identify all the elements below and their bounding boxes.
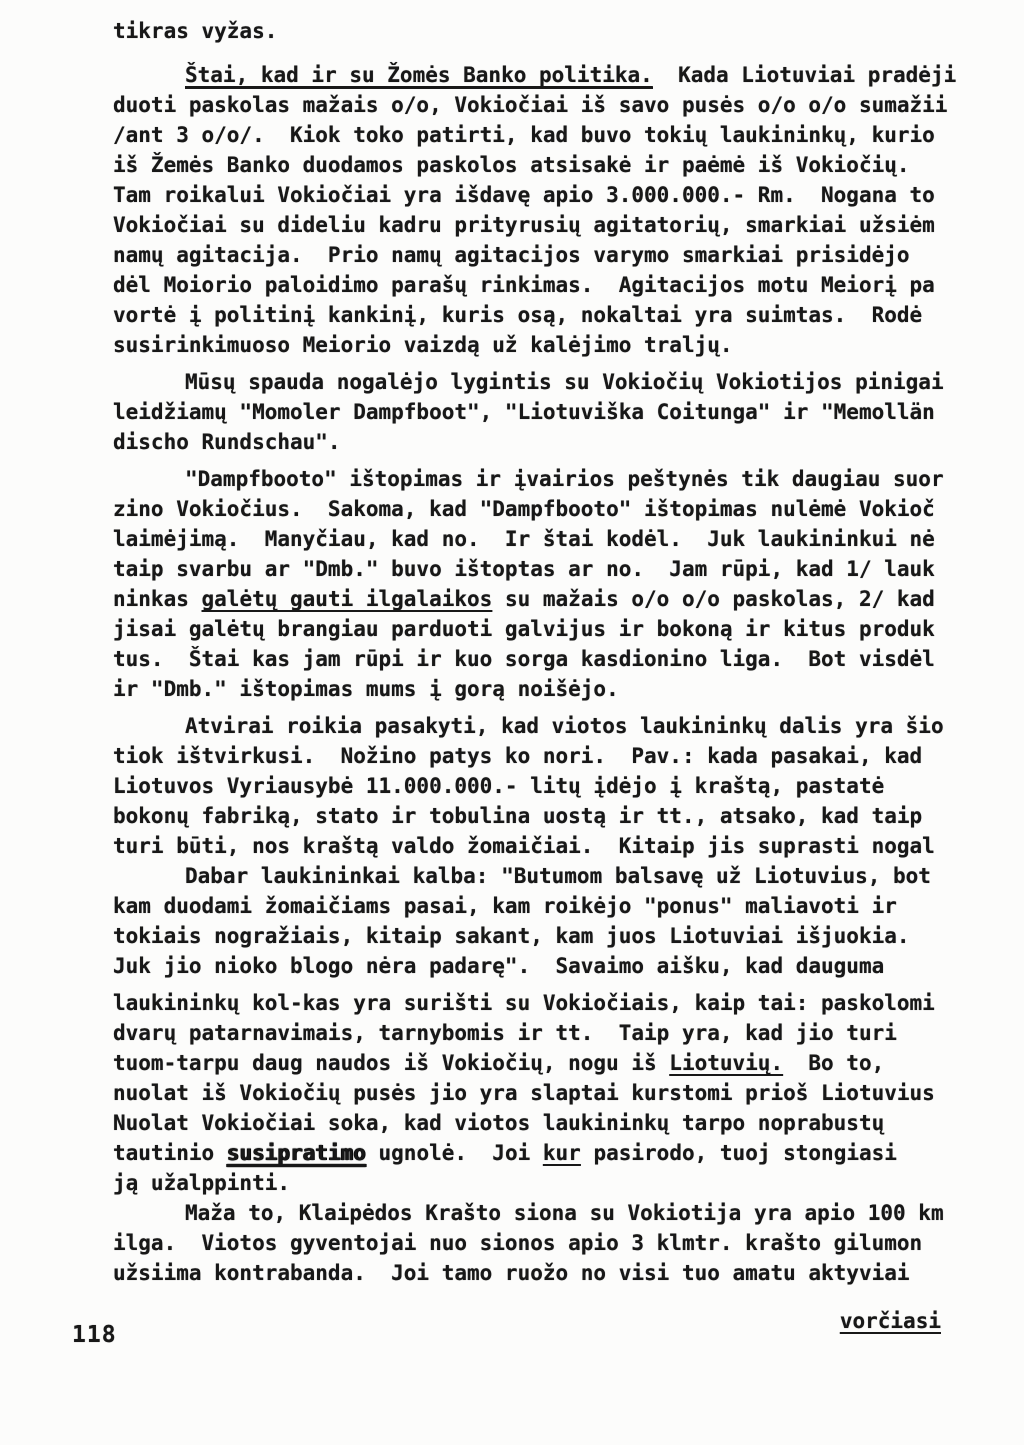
text-fragment: tautinio <box>113 1141 227 1165</box>
text-fragment: užsiima kontrabanda. Joi tamo ruožo no v… <box>113 1261 910 1285</box>
text-fragment: su mažais o/o o/o paskolas, 2/ kad <box>492 587 935 611</box>
text-line: Liotuvos Vyriausybė 11.000.000.- litų įd… <box>113 771 953 801</box>
text-fragment: dėl Moiorio paloidimo parašų rinkimas. A… <box>113 273 935 297</box>
text-fragment: susirinkimuoso Meiorio vaizdą už kalėjim… <box>113 333 733 357</box>
text-fragment: Atvirai roikia pasakyti, kad viotos lauk… <box>185 714 944 738</box>
text-fragment: kam duodami žomaičiams pasai, kam roikėj… <box>113 894 897 918</box>
text-line: bokonų fabriką, stato ir tobulina uostą … <box>113 801 953 831</box>
text-line: duoti paskolas mažais o/o, Vokiočiai iš … <box>113 90 953 120</box>
text-line: tiok ištvirkusi. Nožino patys ko nori. P… <box>113 741 953 771</box>
text-line: nuolat iš Vokiočių pusės jio yra slaptai… <box>113 1078 953 1108</box>
text-line: tuom-tarpu daug naudos iš Vokiočių, nogu… <box>113 1048 953 1078</box>
text-fragment: Juk jio nioko blogo nėra padarę". Savaim… <box>113 954 884 978</box>
text-line: jisai galėtų brangiau parduoti galvijus … <box>113 614 953 644</box>
text-line: leidžiamų "Momoler Dampfboot", "Liotuviš… <box>113 397 953 427</box>
text-line: vortė į politinį kankinį, kuris osą, nok… <box>113 300 953 330</box>
text-line: Atvirai roikia pasakyti, kad viotos lauk… <box>113 711 953 741</box>
text-line: turi būti, nos kraštą valdo žomaičiai. K… <box>113 831 953 861</box>
text-line: Vokiočiai su dideliu kadru prityrusių ag… <box>113 210 953 240</box>
text-line: discho Rundschau". <box>113 427 953 457</box>
text-line: tikras vyžas. <box>113 16 953 46</box>
text-line: ją užalppinti. <box>113 1168 953 1198</box>
text-fragment: ninkas <box>113 587 202 611</box>
text-fragment: leidžiamų "Momoler Dampfboot", "Liotuviš… <box>113 400 935 424</box>
text-line: tokiais nogražiais, kitaip sakant, kam j… <box>113 921 953 951</box>
text-line: tautinio susipratimo ugnolė. Joi kur pas… <box>113 1138 953 1168</box>
underlined-text: galėtų gauti ilgalaikos <box>202 587 493 611</box>
text-fragment: "Dampfbooto" ištopimas ir įvairios pešty… <box>185 467 944 491</box>
text-fragment: iš Žemės Banko duodamos paskolos atsisak… <box>113 153 910 177</box>
text-line: užsiima kontrabanda. Joi tamo ruožo no v… <box>113 1258 953 1288</box>
text-fragment: tuom-tarpu daug naudos iš Vokiočių, nogu… <box>113 1051 669 1075</box>
text-line: tus. Štai kas jam rūpi ir kuo sorga kasd… <box>113 644 953 674</box>
text-fragment: bokonų fabriką, stato ir tobulina uostą … <box>113 804 922 828</box>
text-fragment: discho Rundschau". <box>113 430 341 454</box>
text-fragment: taip svarbu ar "Dmb." buvo ištoptas ar n… <box>113 557 935 581</box>
text-fragment: Mūsų spauda nogalėjo lygintis su Vokioči… <box>185 370 944 394</box>
text-line: Mūsų spauda nogalėjo lygintis su Vokioči… <box>113 367 953 397</box>
underlined-text: kur <box>543 1141 581 1165</box>
text-line: laimėjimą. Manyčiau, kad no. Ir štai kod… <box>113 524 953 554</box>
text-line: Nuolat Vokiočiai soka, kad viotos laukin… <box>113 1108 953 1138</box>
text-fragment: pasirodo, tuoj stongiasi <box>581 1141 897 1165</box>
text-line: Juk jio nioko blogo nėra padarę". Savaim… <box>113 951 953 981</box>
document-page: tikras vyžas. Štai, kad ir su Žomės Bank… <box>0 0 1024 1445</box>
text-line: ninkas galėtų gauti ilgalaikos su mažais… <box>113 584 953 614</box>
smudged-underlined-text: susipratimo <box>227 1141 366 1165</box>
text-fragment: turi būti, nos kraštą valdo žomaičiai. K… <box>113 834 935 858</box>
text-fragment: Liotuvos Vyriausybė 11.000.000.- litų įd… <box>113 774 884 798</box>
underlined-text: Liotuvių. <box>669 1051 783 1075</box>
text-fragment: nuolat iš Vokiočių pusės jio yra slaptai… <box>113 1081 935 1105</box>
text-line: zino Vokiočius. Sakoma, kad "Dampfbooto"… <box>113 494 953 524</box>
signature-word: vorčiasi <box>840 1309 941 1333</box>
text-line: "Dampfbooto" ištopimas ir įvairios pešty… <box>113 464 953 494</box>
text-fragment: ugnolė. Joi <box>366 1141 543 1165</box>
text-line: vorčiasi <box>113 1306 953 1336</box>
text-line: laukininkų kol-kas yra surišti su Vokioč… <box>113 988 953 1018</box>
text-fragment: zino Vokiočius. Sakoma, kad "Dampfbooto"… <box>113 497 935 521</box>
text-line: dėl Moiorio paloidimo parašų rinkimas. A… <box>113 270 953 300</box>
text-fragment: Bo to, <box>783 1051 884 1075</box>
text-line: namų agitacija. Prio namų agitacijos var… <box>113 240 953 270</box>
text-fragment: Tam roikalui Vokiočiai yra išdavę apio 3… <box>113 183 935 207</box>
text-fragment: /ant 3 o/o/. Kiok toko patirti, kad buvo… <box>113 123 935 147</box>
text-line: Tam roikalui Vokiočiai yra išdavę apio 3… <box>113 180 953 210</box>
text-fragment: tikras vyžas. <box>113 19 277 43</box>
text-line: kam duodami žomaičiams pasai, kam roikėj… <box>113 891 953 921</box>
text-fragment: Dabar laukininkai kalba: "Butumom balsav… <box>185 864 931 888</box>
text-fragment: namų agitacija. Prio namų agitacijos var… <box>113 243 910 267</box>
text-fragment: laimėjimą. Manyčiau, kad no. Ir štai kod… <box>113 527 935 551</box>
text-line: ir "Dmb." ištopimas mums į gorą noišėjo. <box>113 674 953 704</box>
text-line: susirinkimuoso Meiorio vaizdą už kalėjim… <box>113 330 953 360</box>
text-line: iš Žemės Banko duodamos paskolos atsisak… <box>113 150 953 180</box>
text-line: Maža to, Klaipėdos Krašto siona su Vokio… <box>113 1198 953 1228</box>
text-fragment: duoti paskolas mažais o/o, Vokiočiai iš … <box>113 93 947 117</box>
text-fragment: Kada Liotuviai pradėji <box>653 63 956 87</box>
text-fragment: Vokiočiai su dideliu kadru prityrusių ag… <box>113 213 935 237</box>
document-body: tikras vyžas. Štai, kad ir su Žomės Bank… <box>113 16 953 1336</box>
text-line: ilga. Viotos gyventojai nuo sionos apio … <box>113 1228 953 1258</box>
text-fragment: ilga. Viotos gyventojai nuo sionos apio … <box>113 1231 922 1255</box>
text-line: /ant 3 o/o/. Kiok toko patirti, kad buvo… <box>113 120 953 150</box>
text-fragment: tus. Štai kas jam rūpi ir kuo sorga kasd… <box>113 647 935 671</box>
text-fragment: ją užalppinti. <box>113 1171 290 1195</box>
text-line: Štai, kad ir su Žomės Banko politika. Ka… <box>113 60 953 90</box>
text-fragment: ir "Dmb." ištopimas mums į gorą noišėjo. <box>113 677 619 701</box>
text-fragment: dvarų patarnavimais, tarnybomis ir tt. T… <box>113 1021 897 1045</box>
page-number: 118 <box>72 1322 117 1348</box>
text-fragment: Maža to, Klaipėdos Krašto siona su Vokio… <box>185 1201 944 1225</box>
text-line: Dabar laukininkai kalba: "Butumom balsav… <box>113 861 953 891</box>
text-line: dvarų patarnavimais, tarnybomis ir tt. T… <box>113 1018 953 1048</box>
text-fragment: laukininkų kol-kas yra surišti su Vokioč… <box>113 991 935 1015</box>
text-fragment: vortė į politinį kankinį, kuris osą, nok… <box>113 303 922 327</box>
text-fragment: jisai galėtų brangiau parduoti galvijus … <box>113 617 935 641</box>
section-heading: Štai, kad ir su Žomės Banko politika. <box>185 63 653 89</box>
text-fragment: tiok ištvirkusi. Nožino patys ko nori. P… <box>113 744 922 768</box>
text-fragment: Nuolat Vokiočiai soka, kad viotos laukin… <box>113 1111 884 1135</box>
text-line: taip svarbu ar "Dmb." buvo ištoptas ar n… <box>113 554 953 584</box>
text-fragment: tokiais nogražiais, kitaip sakant, kam j… <box>113 924 910 948</box>
